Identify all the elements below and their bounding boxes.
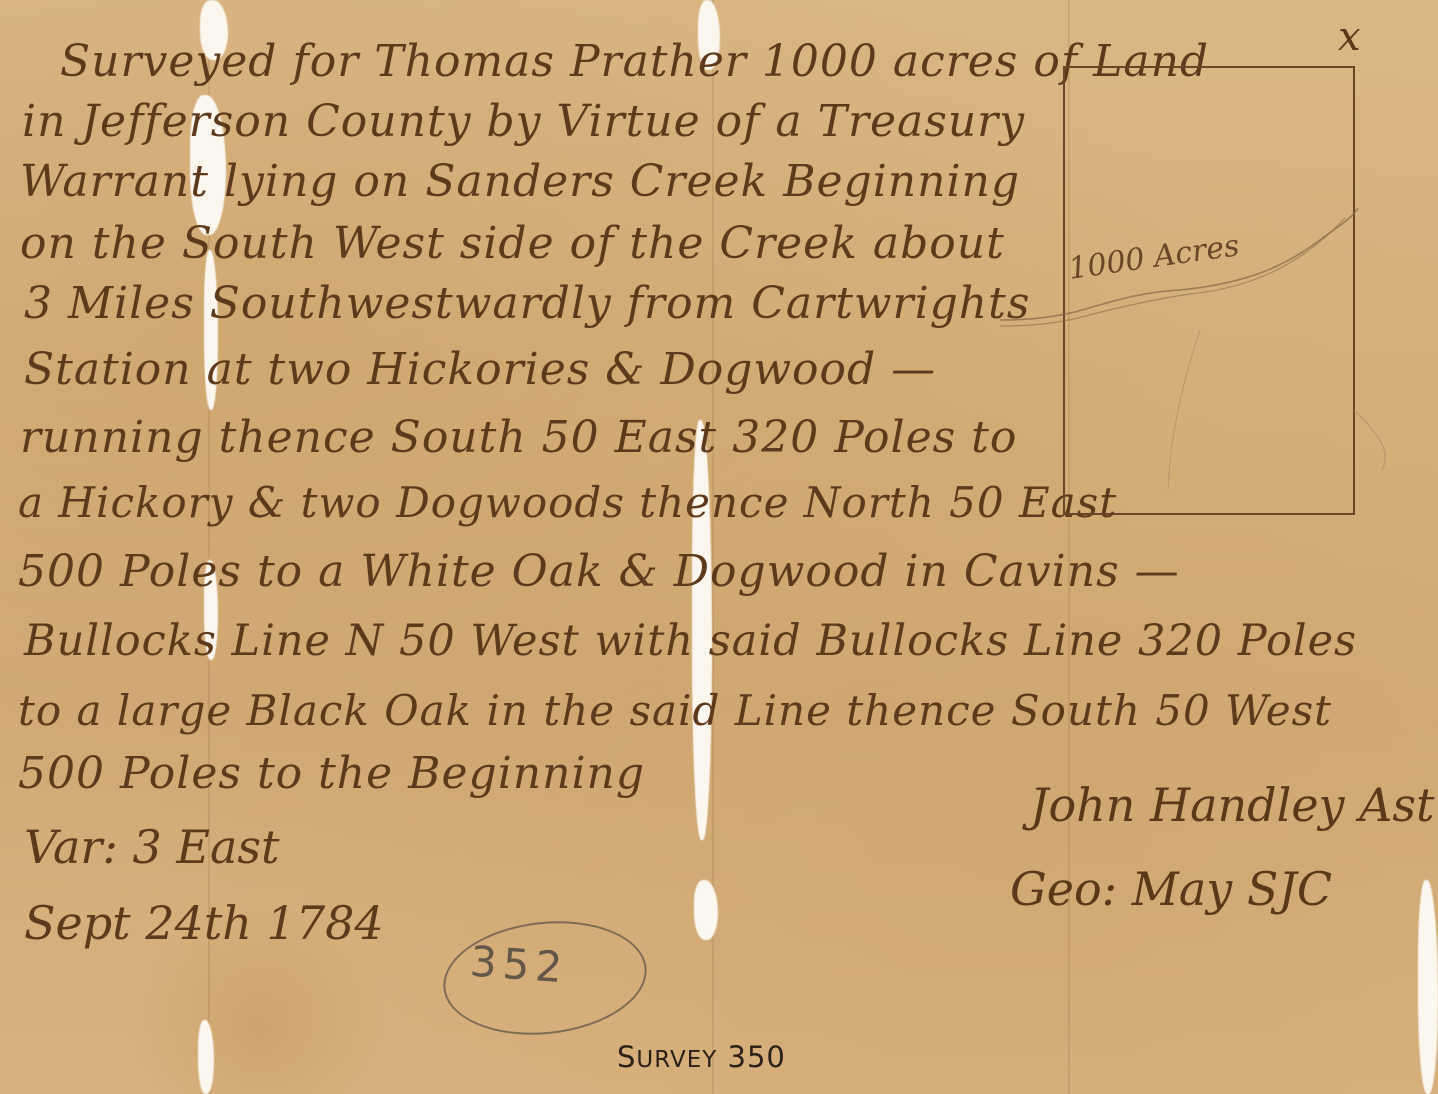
corner-mark: x <box>1338 14 1361 60</box>
body-line: Bullocks Line N 50 West with said Bulloc… <box>24 616 1357 666</box>
body-line: 500 Poles to a White Oak & Dogwood in Ca… <box>18 546 1180 597</box>
stamp-word: URVEY <box>636 1047 717 1073</box>
body-line: 500 Poles to the Beginning <box>18 748 645 799</box>
stamp-initial: S <box>617 1040 636 1074</box>
plat-pencil-mark <box>1160 330 1438 490</box>
stamp-number: 350 <box>728 1040 786 1074</box>
body-line: running thence South 50 East 320 Poles t… <box>20 412 1017 463</box>
body-line: on the South West side of the Creek abou… <box>20 218 1005 269</box>
archive-stamp: SURVEY 350 <box>617 1040 786 1074</box>
body-line: 3 Miles Southwestwardly from Cartwrights <box>24 278 1030 329</box>
signature-surveyor: Geo: May SJC <box>1010 862 1332 916</box>
signature-assistant: John Handley Ast <box>1030 778 1434 832</box>
survey-date: Sept 24th 1784 <box>24 896 384 950</box>
survey-document: x Surveyed for Thomas Prather 1000 acres… <box>0 0 1438 1094</box>
body-line: to a large Black Oak in the said Line th… <box>18 686 1332 735</box>
body-line: a Hickory & two Dogwoods thence North 50… <box>18 478 1117 527</box>
body-line: Surveyed for Thomas Prather 1000 acres o… <box>60 36 1209 87</box>
paper-tear <box>694 880 718 940</box>
body-line: in Jefferson County by Virtue of a Treas… <box>22 96 1025 147</box>
paper-tear <box>1418 880 1438 1094</box>
paper-tear <box>198 1020 214 1094</box>
pencil-number: 352 <box>468 937 569 993</box>
body-line: Warrant lying on Sanders Creek Beginning <box>20 156 1020 207</box>
body-line: Station at two Hickories & Dogwood — <box>24 344 936 395</box>
variation-note: Var: 3 East <box>24 820 280 874</box>
